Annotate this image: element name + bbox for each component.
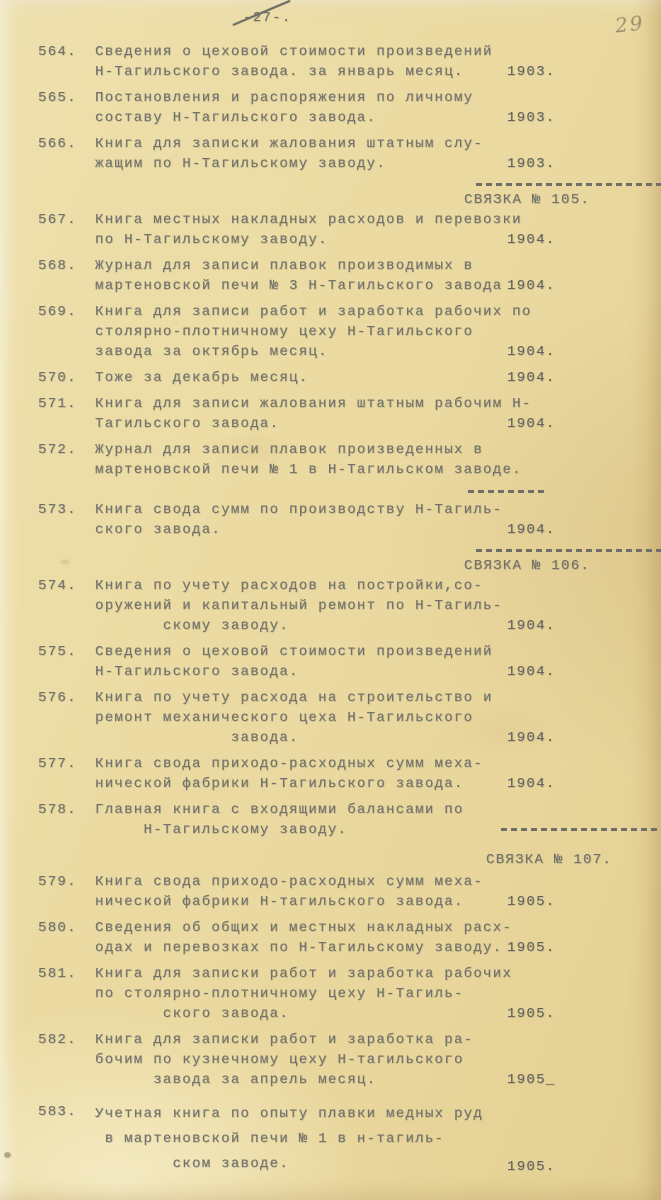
entry-line: Книга для записки жалования штатным слу- xyxy=(95,134,661,154)
entry-number: 566. xyxy=(38,134,77,154)
entry-line: Главная книга с входящими балансами по xyxy=(95,800,661,820)
entry-number: 567. xyxy=(38,210,77,230)
entry-year: 1904. xyxy=(507,230,556,250)
entry-description: Книга свода приходо-расходных сумм меха-… xyxy=(95,872,661,912)
entry-line: Книга для записи работ и заработка рабоч… xyxy=(95,302,661,322)
entry-line: Книга для записки работ и заработка ра- xyxy=(95,1030,661,1050)
entry-number: 573. xyxy=(38,500,77,520)
inventory-entry: 583. Учетная книга по опыту плавки медны… xyxy=(0,1102,661,1177)
entry-line: скому заводу. xyxy=(95,616,661,636)
entry-line: мартеновской печи № 3 Н-Тагильского заво… xyxy=(95,276,661,296)
inventory-list: 564. Сведения о цеховой стоимости произв… xyxy=(0,42,661,1183)
entry-description: Сведения о цеховой стоимости произведени… xyxy=(95,42,661,82)
entry-number: 569. xyxy=(38,302,77,322)
entry-line: Книга по учету расходов на постройки,со- xyxy=(95,576,661,596)
entry-number: 576. xyxy=(38,688,77,708)
entry-line: Сведения об общих и местных накладных ра… xyxy=(95,918,661,938)
entry-line: Тагильского завода. xyxy=(95,414,661,434)
dashed-line xyxy=(476,183,661,186)
entry-line: Сведения о цеховой стоимости произведени… xyxy=(95,642,661,662)
entry-number: 574. xyxy=(38,576,77,596)
entry-line: Журнал для записи плавок произведенных в xyxy=(95,440,661,460)
entry-year: 1903. xyxy=(507,108,556,128)
entry-line: ском заводе. xyxy=(95,1152,661,1177)
entry-line: Н-Тагильского завода. за январь месяц. xyxy=(95,62,661,82)
entry-number: 580. xyxy=(38,918,77,938)
entry-year: 1905. xyxy=(507,1004,556,1024)
inventory-entry: 566. Книга для записки жалования штатным… xyxy=(0,134,661,174)
entry-year: 1903. xyxy=(507,62,556,82)
entry-description: Книга свода приходо-расходных сумм меха-… xyxy=(95,754,661,794)
dashed-line xyxy=(501,828,661,831)
inventory-entry: 576. Книга по учету расхода на строитель… xyxy=(0,688,661,748)
entry-number: 575. xyxy=(38,642,77,662)
inventory-entry: 571. Книга для записи жалования штатным … xyxy=(0,394,661,434)
inventory-entry: 565. Постановления и распоряжения по лич… xyxy=(0,88,661,128)
entry-description: Книга для записи работ и заработка рабоч… xyxy=(95,302,661,362)
entry-line: ского завода. xyxy=(95,520,661,540)
entry-year: 1905. xyxy=(507,938,556,958)
entry-line: по столярно-плотничному цеху Н-Тагиль- xyxy=(95,984,661,1004)
dashed-line xyxy=(468,490,548,493)
entry-description: Книга для записки работ и заработка рабо… xyxy=(95,964,661,1024)
dashed-line xyxy=(476,549,661,552)
entry-line: завода. xyxy=(95,728,661,748)
handwritten-folio-number: 29 xyxy=(614,11,646,38)
entry-year: 1904. xyxy=(507,728,556,748)
entry-number: 578. xyxy=(38,800,77,820)
entry-line: Книга для записи жалования штатным рабоч… xyxy=(95,394,661,414)
entry-description: Журнал для записи плавок производимых вм… xyxy=(95,256,661,296)
inventory-entry: 572. Журнал для записи плавок произведен… xyxy=(0,440,661,480)
entry-line: оружений и капитальный ремонт по Н-Тагил… xyxy=(95,596,661,616)
inventory-entry: 573. Книга свода сумм по производству Н-… xyxy=(0,500,661,540)
entry-line: Книга свода приходо-расходных сумм меха- xyxy=(95,754,661,774)
entry-number: 581. xyxy=(38,964,77,984)
entry-line: одах и перевозках по Н-Тагильскому завод… xyxy=(95,938,661,958)
bundle-label: СВЯЗКА № 105. xyxy=(464,190,590,210)
entry-number: 568. xyxy=(38,256,77,276)
entry-number: 579. xyxy=(38,872,77,892)
entry-description: Книга для записи жалования штатным рабоч… xyxy=(95,394,661,434)
entry-line: Журнал для записи плавок производимых в xyxy=(95,256,661,276)
entry-line: составу Н-Тагильского завода. xyxy=(95,108,661,128)
entry-number: 577. xyxy=(38,754,77,774)
bundle-separator: СВЯЗКА № 106. xyxy=(0,546,661,576)
entry-year: 1904. xyxy=(507,520,556,540)
entry-line: нической фабрики Н-тагильского завода. xyxy=(95,892,661,912)
inventory-entry: 570. Тоже за декабрь месяц. 1904. xyxy=(0,368,661,388)
bundle-separator: СВЯЗКА № 105. xyxy=(0,180,661,210)
entry-line: по Н-Тагильскому заводу. xyxy=(95,230,661,250)
entry-year: 1904. xyxy=(507,342,556,362)
entry-year: 1904. xyxy=(507,368,556,388)
entry-description: Тоже за декабрь месяц. xyxy=(95,368,661,388)
entry-line: нической фабрики Н-Тагильского завода. xyxy=(95,774,661,794)
entry-description: Книга для записки работ и заработка ра-б… xyxy=(95,1030,661,1090)
entry-line: ского завода. xyxy=(95,1004,661,1024)
entry-description: Книга местных накладных расходов и перев… xyxy=(95,210,661,250)
entry-year: 1904. xyxy=(507,276,556,296)
entry-line: Книга свода сумм по производству Н-Тагил… xyxy=(95,500,661,520)
entry-description: Постановления и распоряжения по личномус… xyxy=(95,88,661,128)
entry-year: 1904. xyxy=(507,774,556,794)
entry-line: Н-Тагильского завода. xyxy=(95,662,661,682)
entry-line: столярно-плотничному цеху Н-Тагильского xyxy=(95,322,661,342)
entry-line: Тоже за декабрь месяц. xyxy=(95,368,661,388)
entry-description: Сведения об общих и местных накладных ра… xyxy=(95,918,661,958)
inventory-entry: 580. Сведения об общих и местных накладн… xyxy=(0,918,661,958)
scanned-document-page: -27-. 564. Сведения о цеховой стоимости … xyxy=(0,0,661,1200)
inventory-entry: 568. Журнал для записи плавок производим… xyxy=(0,256,661,296)
entry-number: 583. xyxy=(38,1102,77,1122)
inventory-entry: 582. Книга для записки работ и заработка… xyxy=(0,1030,661,1090)
bundle-separator xyxy=(0,486,661,500)
entry-number: 572. xyxy=(38,440,77,460)
inventory-entry: 577. Книга свода приходо-расходных сумм … xyxy=(0,754,661,794)
entry-line: бочим по кузнечному цеху Н-тагильского xyxy=(95,1050,661,1070)
entry-line: Книга для записки работ и заработка рабо… xyxy=(95,964,661,984)
entry-line: Книга свода приходо-расходных сумм меха- xyxy=(95,872,661,892)
entry-number: 565. xyxy=(38,88,77,108)
entry-number: 570. xyxy=(38,368,77,388)
entry-number: 571. xyxy=(38,394,77,414)
entry-year: 1905_ xyxy=(507,1070,556,1090)
entry-line: ремонт механического цеха Н-Тагильского xyxy=(95,708,661,728)
entry-line: Книга по учету расхода на строительство … xyxy=(95,688,661,708)
entry-line: мартеновской печи № 1 в Н-Тагильском зав… xyxy=(95,460,661,480)
entry-description: Журнал для записи плавок произведенных в… xyxy=(95,440,661,480)
entry-line: в мартеновской печи № 1 в н-тагиль- xyxy=(95,1127,661,1152)
entry-line: Учетная книга по опыту плавки медных руд xyxy=(95,1102,661,1127)
entry-line: завода за октябрь месяц. xyxy=(95,342,661,362)
inventory-entry: 564. Сведения о цеховой стоимости произв… xyxy=(0,42,661,82)
entry-year: 1904. xyxy=(507,616,556,636)
inventory-entry: 575. Сведения о цеховой стоимости произв… xyxy=(0,642,661,682)
inventory-entry: 581. Книга для записки работ и заработка… xyxy=(0,964,661,1024)
entry-description: Сведения о цеховой стоимости произведени… xyxy=(95,642,661,682)
entry-year: 1904. xyxy=(507,662,556,682)
entry-year: 1905. xyxy=(507,892,556,912)
inventory-entry: 567. Книга местных накладных расходов и … xyxy=(0,210,661,250)
entry-description: Книга по учету расхода на строительство … xyxy=(95,688,661,748)
bundle-label: СВЯЗКА № 107. xyxy=(486,850,612,870)
entry-line: завода за апрель месяц. xyxy=(95,1070,661,1090)
entry-number: 582. xyxy=(38,1030,77,1050)
entry-description: Книга свода сумм по производству Н-Тагил… xyxy=(95,500,661,540)
entry-year: 1903. xyxy=(507,154,556,174)
inventory-entry: 569. Книга для записи работ и заработка … xyxy=(0,302,661,362)
entry-number: 564. xyxy=(38,42,77,62)
entry-line: Постановления и распоряжения по личному xyxy=(95,88,661,108)
entry-line: жащим по Н-Тагильскому заводу. xyxy=(95,154,661,174)
entry-description: Учетная книга по опыту плавки медных руд… xyxy=(95,1102,661,1177)
entry-year: 1905. xyxy=(507,1157,556,1177)
entry-description: Книга по учету расходов на постройки,со-… xyxy=(95,576,661,636)
inventory-entry: 579. Книга свода приходо-расходных сумм … xyxy=(0,872,661,912)
bundle-separator: СВЯЗКА № 107. xyxy=(0,824,661,872)
entry-line: Сведения о цеховой стоимости произведени… xyxy=(95,42,661,62)
entry-description: Книга для записки жалования штатным слу-… xyxy=(95,134,661,174)
entry-line: Книга местных накладных расходов и перев… xyxy=(95,210,661,230)
inventory-entry: 574. Книга по учету расходов на постройк… xyxy=(0,576,661,636)
entry-year: 1904. xyxy=(507,414,556,434)
bundle-label: СВЯЗКА № 106. xyxy=(464,556,590,576)
